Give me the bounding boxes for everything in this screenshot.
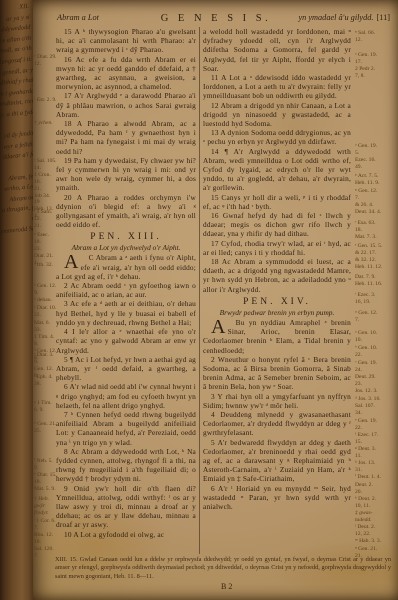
margin-note: ʳ Esa. 63. 18. Mat. 7. 3. xyxy=(355,220,398,241)
chapter-subtitle: Brwydr pedwar brenin yn erbyn pump. xyxy=(203,308,351,317)
previous-page-text: XII. ar ya y si ddywedodd Dos allan o'th… xyxy=(0,2,33,240)
verse-paragraph: 4 I le'r allor a ᵉ wnaethai efe yno o'r … xyxy=(56,327,196,355)
verse-paragraph: 14 ¶ A'r Arglwydd a ddywedodd wrth Abram… xyxy=(203,147,351,193)
drop-cap: A xyxy=(203,318,228,336)
verse-paragraph: 3 Ac efe a ᵈ aeth ar ei deithiau, o'r de… xyxy=(56,299,196,327)
verse-paragraph: 3 Y rhai hyn oll a ymgyfarfuant yn nyffr… xyxy=(203,392,351,410)
margin-note: Deut. 2. 20. xyxy=(355,482,398,496)
verse-paragraph: 16 Gwnaf hefyd dy had di fel ˢ llwch y d… xyxy=(203,211,351,239)
margin-note: ᵏ Deut. 2. 10, 11. xyxy=(355,496,398,510)
margin-note: ⁿ Sal. 66. 12. xyxy=(355,30,398,44)
verse-paragraph: 19 Pa ham y dywedaist, Fy chwaer yw hi? … xyxy=(56,156,196,193)
margin-note: ˡ 1 Cor. 6. 7. Rhu. 12. 18. Sal. 120. 7. xyxy=(34,518,57,559)
verse-paragraph: a welodd holl wastadedd yr Iorddonen, ma… xyxy=(203,27,351,73)
signature-mark: B 2 xyxy=(221,582,232,591)
verse-paragraph: 20 A Pharao a roddes orchymyn i'w ddynio… xyxy=(56,193,196,230)
verse-paragraph: 2 Ac Abram oedd ᶜ yn gyfoethog iawn o an… xyxy=(56,281,196,299)
margin-note: ʰ Gen. 21. 25. xyxy=(34,421,57,435)
left-margin-notes: ᵇ Diar. 29. 12. ᶜ Est. 2. 9. † ychen. ᵉ … xyxy=(34,0,57,600)
verse-paragraph: 6 A'r ˡ Horiaid yn eu mynydd ᵐ Seir, hyd… xyxy=(203,484,351,512)
margin-note: ᵒ Gen. 19. 5. Ezec. 16. 49. xyxy=(355,143,398,171)
margin-note: ˢ Gen. 15. 5. & 22. 17. & 32. 12. Heb. 1… xyxy=(355,243,398,271)
running-header-title: G E N E S I S. xyxy=(151,13,281,24)
text-column-left: 15 A ᵇ thywysogion Pharao a'u gwelsant h… xyxy=(56,27,199,555)
margin-note: † ychen. xyxy=(34,120,57,127)
verse-paragraph: 12 Abram a drigodd yn nhir Canaan, a Lot… xyxy=(203,101,351,129)
footnote: XIII. 15. Gwlad Canaan oedd lun a ddelw … xyxy=(55,556,391,581)
margin-note: ᵐ Hab. 3. 3. xyxy=(355,538,398,545)
margin-note: ᵒ Gen. 19. 17. 2 Pedr 2. 7, 8. xyxy=(355,52,398,80)
margin-note: ᶠ Eph. 4. 28. xyxy=(34,374,57,388)
margin-note: ⁱ Neh. 5. 9. xyxy=(34,458,57,472)
chapter-heading: PEN. XIV. xyxy=(203,297,351,307)
verse-paragraph: 15 Canys yr holl dir a weli, ᵖ i ti y rh… xyxy=(203,193,351,211)
margin-note: ᶜ Gen. 19. 24. xyxy=(355,360,398,374)
verse-paragraph: ABu yn nyddiau Amraphel ᵃ brenin Sinar, … xyxy=(203,318,351,355)
page: Abram a Lot G E N E S I S. yn ymadael â'… xyxy=(33,0,398,600)
verse-paragraph: 18 A Pharao a alwodd Abram, ac a ddywedo… xyxy=(56,119,196,156)
margin-note: ᶜ Diar. 10. 22. xyxy=(34,305,57,319)
margin-note: ᵇ Gen. 10. 22. xyxy=(355,345,398,359)
margin-note: ᵍ Deut. 3. 11. xyxy=(355,446,398,460)
verse-paragraph: 10 A Lot a gyfododd ei olwg, ac xyxy=(56,530,196,539)
margin-note: ᵏ Diar. 15. 18. Mat. 5. 9. xyxy=(34,472,57,493)
margin-note: Deut. 29. 23. Jos. 12. 3. xyxy=(355,374,398,395)
verse-paragraph: 2 Wneuthur o honynt ryfel â ᶜ Bera breni… xyxy=(203,355,351,392)
right-margin-notes: ⁿ Sal. 66. 12. ᵒ Gen. 19. 17. 2 Pedr 2. … xyxy=(355,0,398,600)
chapter-subtitle: Abram a Lot yn dychwelyd o'r Aipht. xyxy=(56,243,196,252)
running-header-left: Abram a Lot xyxy=(57,13,99,22)
verse-paragraph: 8 Ac Abram a ddywedodd wrth Lot, ᵏ Na fy… xyxy=(56,447,196,484)
margin-note: ⁱ Deut. 1. 4. xyxy=(355,474,398,481)
verse-paragraph: 18 Ac Abram a symmudodd ei luest, ac a d… xyxy=(203,257,351,294)
margin-note: ᶠ Ezec. 17. 15. xyxy=(355,432,398,446)
margin-note: ᵘ Gen. 12. 7. xyxy=(355,310,398,324)
verse-paragraph: 17 A'r Arglwydd ᵉ a darawodd Pharao a'i … xyxy=(56,91,196,119)
verse-paragraph: 5 A'r bedwaredd flwyddyn ar ddeg y daeth… xyxy=(203,438,351,484)
margin-note: ᵇ Diar. 29. 12. xyxy=(34,54,57,68)
verse-paragraph: AC Abram a ᵃ aeth i fynu o'r Aipht, efe … xyxy=(56,253,196,281)
margin-note: ᵃ Gen. 10. 10. xyxy=(355,330,398,344)
drop-cap: A xyxy=(56,253,81,271)
column-divider xyxy=(199,27,200,554)
margin-note: ᶜ Est. 2. 9. xyxy=(34,97,57,104)
margin-note: Dat. 7. 9. Heb. 11. 16. xyxy=(355,274,398,288)
margin-note: † Heb. gwŷr frodyr. xyxy=(34,496,57,517)
margin-note: ʰ Jos. 13. 31. xyxy=(355,460,398,474)
margin-note: ᵉ Gen. 19. 22. xyxy=(355,418,398,432)
margin-note: ᵖ Act. 7. 5. Heb. 11. 9. xyxy=(355,173,398,187)
verse-paragraph: 11 A Lot a ᵒ ddewisodd iddo wastadedd yr… xyxy=(203,73,351,101)
text-column-right: a welodd holl wastadedd yr Iorddonen, ma… xyxy=(203,27,353,555)
verse-paragraph: 17 Cyfod, rhodia trwy'r wlad, ar ei ᵗ hy… xyxy=(203,239,351,257)
margin-note: ᶠ 1 Sam. 12. 21. xyxy=(34,209,57,230)
verse-paragraph: 9 Onid yw'r holl dir o'th flaen di? Ymne… xyxy=(56,484,196,530)
verse-paragraph: 7 ʰ Cynnen hefyd oedd rhwng bugeilydd an… xyxy=(56,410,196,447)
verse-paragraph: 15 A ᵇ thywysogion Pharao a'u gwelsant h… xyxy=(56,27,196,55)
margin-note: ᵃ Ith. 32. xyxy=(34,262,57,269)
margin-note: ᵍ 1 Tim. 6. 9. xyxy=(34,400,57,414)
chapter-heading: PEN. XIII. xyxy=(56,232,196,242)
margin-note: ᵗ Ezec. 3. 16, 19. xyxy=(355,292,398,306)
previous-page-edge: XII. ar ya y si ddywedodd Dos allan o'th… xyxy=(0,0,33,600)
verse-paragraph: 5 ¶ Ac i Lot hefyd, yr hwn a aethai gyd … xyxy=(56,355,196,383)
verse-paragraph: 16 Ac efe a fu dda wrth Abram er ei mwyn… xyxy=(56,55,196,92)
verse-paragraph: 13 A dynion Sodoma oedd ddrygionus, ac y… xyxy=(203,128,351,146)
margin-note: ˡ Deut. 2. 12, 22. xyxy=(355,524,398,538)
verse-paragraph: 4 Deuddeng mlynedd y gwasanaethasant Ced… xyxy=(203,410,351,438)
margin-note: ᵇ Gen. 12. 9. ᵇ dehau. xyxy=(34,283,57,304)
book-photo: XII. ar ya y si ddywedodd Dos allan o'th… xyxy=(0,0,398,600)
margin-note: ᵈ Jos. 3. 16. Sal. 107. 34. xyxy=(355,396,398,417)
verse-paragraph: 6 A'r wlad nid oedd abl i'w cynnal hwynt… xyxy=(56,382,196,410)
margin-note: ‡ gwas- tadedd. xyxy=(355,510,398,524)
margin-note: ᵠ Gen. 12. 7. & 26. 4. Deut. 34. 4. xyxy=(355,188,398,216)
